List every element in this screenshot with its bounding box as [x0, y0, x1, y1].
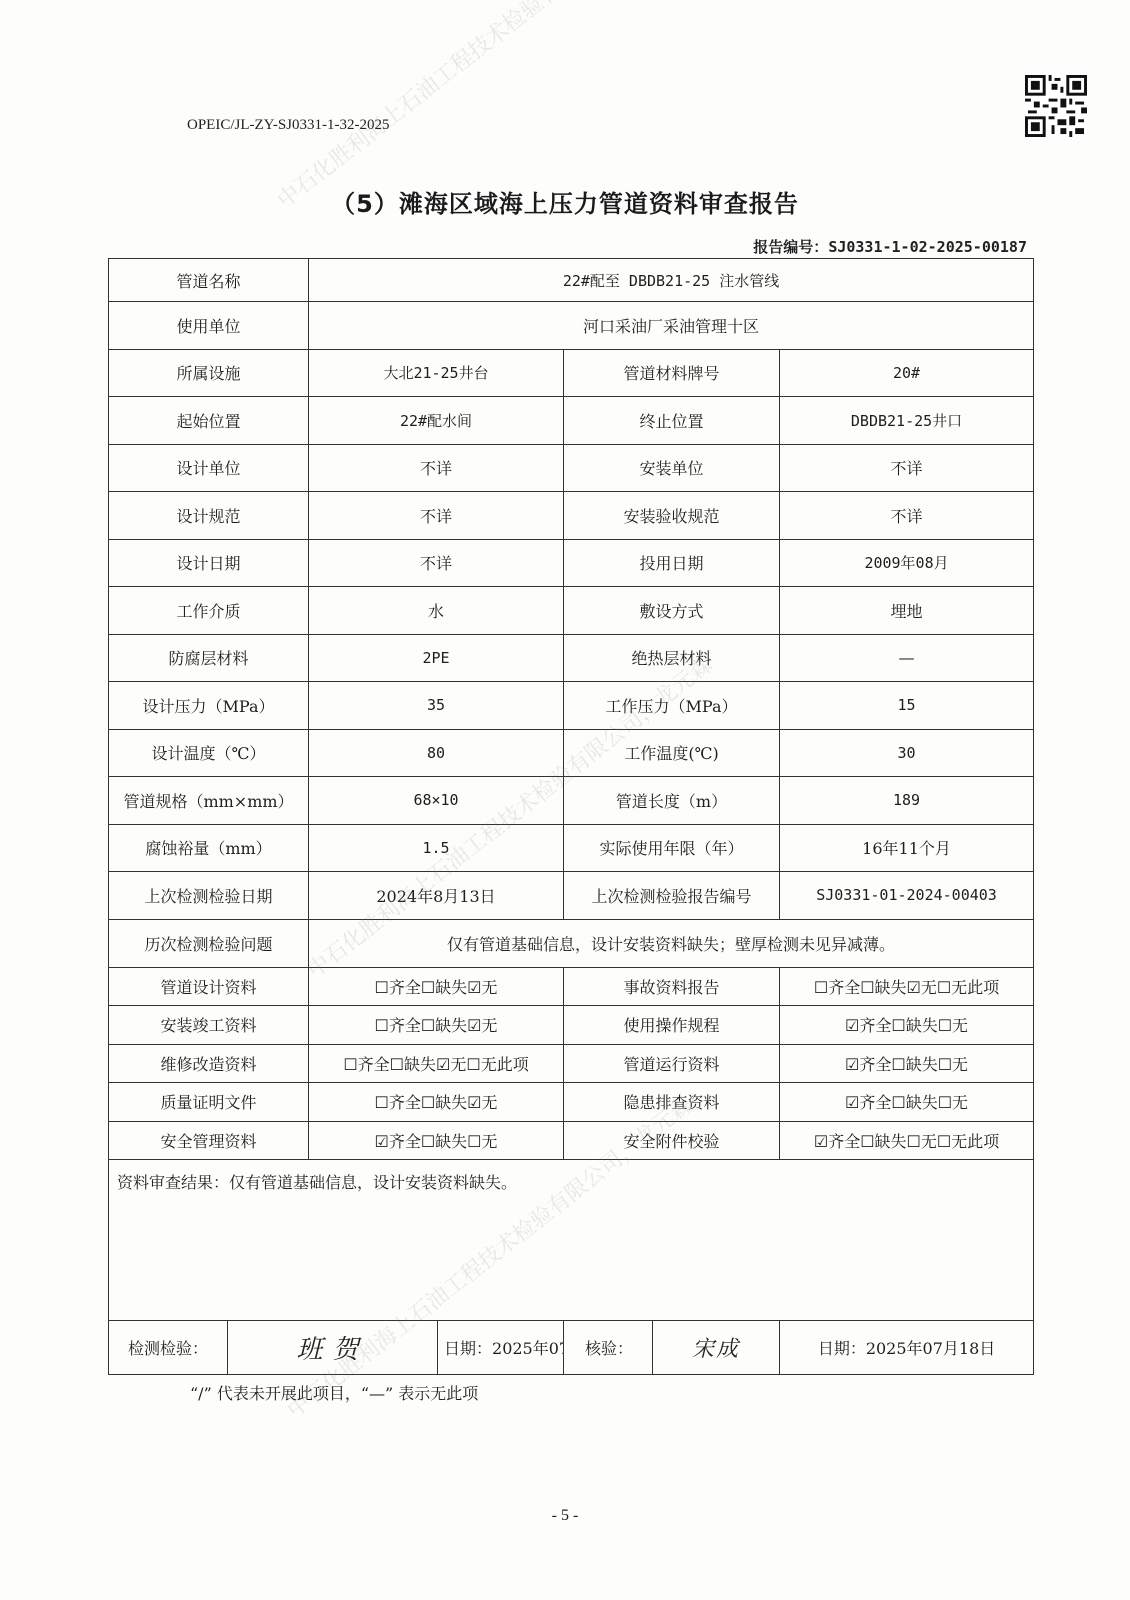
checklist-label: 管道设计资料 [109, 967, 309, 1006]
field-value: 30 [780, 729, 1034, 777]
checklist-row: 安全管理资料 ☑齐全☐缺失☐无 安全附件校验 ☑齐全☐缺失☐无☐无此项 [109, 1121, 1034, 1160]
table-row: 设计压力（MPa） 35 工作压力（MPa） 15 [109, 682, 1034, 730]
field-value: DBDB21-25井口 [780, 397, 1034, 445]
table-row: 管道名称 22#配至 DBDB21-25 注水管线 [109, 259, 1034, 302]
history-issues-value: 仅有管道基础信息，设计安装资料缺失；壁厚检测未见异减薄。 [309, 919, 1034, 967]
page-title: （5）滩海区域海上压力管道资料审查报告 [0, 184, 1130, 219]
field-value: 水 [309, 587, 564, 635]
table-row: 上次检测检验日期 2024年8月13日 上次检测检验报告编号 SJ0331-01… [109, 872, 1034, 920]
checklist-row: 安装竣工资料 ☐齐全☐缺失☑无 使用操作规程 ☑齐全☐缺失☐无 [109, 1006, 1034, 1045]
checklist-label: 维修改造资料 [109, 1044, 309, 1083]
checklist-status: ☐齐全☐缺失☑无☐无此项 [780, 967, 1034, 1006]
checklist-label: 隐患排查资料 [564, 1083, 780, 1122]
field-label: 管道材料牌号 [564, 349, 780, 397]
field-value: 16年11个月 [780, 824, 1034, 872]
table-row: 设计单位 不详 安装单位 不详 [109, 444, 1034, 492]
field-label: 腐蚀裕量（mm） [109, 824, 309, 872]
table-row: 设计规范 不详 安装验收规范 不详 [109, 492, 1034, 540]
checklist-status: ☐齐全☐缺失☑无 [309, 967, 564, 1006]
field-value: 189 [780, 777, 1034, 825]
field-label: 投用日期 [564, 539, 780, 587]
field-label: 工作介质 [109, 587, 309, 635]
table-row: 设计温度（℃） 80 工作温度(℃) 30 [109, 729, 1034, 777]
checklist-status: ☐齐全☐缺失☑无 [309, 1083, 564, 1122]
field-label: 管道长度（m） [564, 777, 780, 825]
checklist-status: ☐齐全☐缺失☑无 [309, 1006, 564, 1045]
pipeline-name-value: 22#配至 DBDB21-25 注水管线 [309, 259, 1034, 302]
checklist-label: 事故资料报告 [564, 967, 780, 1006]
checklist-label: 管道运行资料 [564, 1044, 780, 1083]
field-label: 设计日期 [109, 539, 309, 587]
field-label: 使用单位 [109, 302, 309, 350]
checklist-row: 质量证明文件 ☐齐全☐缺失☑无 隐患排查资料 ☑齐全☐缺失☐无 [109, 1083, 1034, 1122]
field-value: 不详 [309, 539, 564, 587]
table-row: 所属设施 大北21-25井台 管道材料牌号 20# [109, 349, 1034, 397]
reviewer-label: 核验： [564, 1321, 653, 1375]
checklist-status: ☑齐全☐缺失☐无 [780, 1083, 1034, 1122]
field-label: 防腐层材料 [109, 634, 309, 682]
table-row: 起始位置 22#配水间 终止位置 DBDB21-25井口 [109, 397, 1034, 445]
checklist-label: 安装竣工资料 [109, 1006, 309, 1045]
table-row: 管道规格（mm×mm） 68×10 管道长度（m） 189 [109, 777, 1034, 825]
report-number-label: 报告编号： [753, 238, 828, 256]
field-label: 设计压力（MPa） [109, 682, 309, 730]
field-label: 工作温度(℃) [564, 729, 780, 777]
checklist-label: 安全附件校验 [564, 1121, 780, 1160]
checklist-label: 使用操作规程 [564, 1006, 780, 1045]
field-value: 不详 [780, 492, 1034, 540]
field-label: 管道名称 [109, 259, 309, 302]
checklist-row: 维修改造资料 ☐齐全☐缺失☑无☐无此项 管道运行资料 ☑齐全☐缺失☐无 [109, 1044, 1034, 1083]
page-number: - 5 - [0, 1507, 1130, 1525]
field-label: 起始位置 [109, 397, 309, 445]
footnote: “/” 代表未开展此项目，“—” 表示无此项 [190, 1381, 478, 1404]
watermark: 中石化胜利海上石油工程技术检验有限公司，龙元森 [270, 0, 688, 214]
field-value: 1.5 [309, 824, 564, 872]
qr-code-icon [1025, 75, 1087, 137]
reviewer-date: 日期：2025年07月18日 [780, 1321, 1034, 1375]
field-value: 20# [780, 349, 1034, 397]
checklist-label: 质量证明文件 [109, 1083, 309, 1122]
checklist-label: 安全管理资料 [109, 1121, 309, 1160]
field-label: 安装验收规范 [564, 492, 780, 540]
field-label: 设计温度（℃） [109, 729, 309, 777]
field-value: — [780, 634, 1034, 682]
field-label: 设计规范 [109, 492, 309, 540]
inspector-label: 检测检验： [109, 1321, 228, 1375]
field-value: 68×10 [309, 777, 564, 825]
field-label: 管道规格（mm×mm） [109, 777, 309, 825]
field-label: 所属设施 [109, 349, 309, 397]
document-code: OPEIC/JL-ZY-SJ0331-1-32-2025 [187, 117, 390, 134]
field-label: 实际使用年限（年） [564, 824, 780, 872]
signature-row: 检测检验： 班贺 日期：2025年07月18日 核验： 宋成 日期：2025年0… [109, 1321, 1034, 1375]
field-label: 终止位置 [564, 397, 780, 445]
checklist-status: ☑齐全☐缺失☐无 [780, 1044, 1034, 1083]
field-value: 22#配水间 [309, 397, 564, 445]
field-value: 埋地 [780, 587, 1034, 635]
checklist-status: ☑齐全☐缺失☐无☐无此项 [780, 1121, 1034, 1160]
field-value: 不详 [309, 492, 564, 540]
table-row: 工作介质 水 敷设方式 埋地 [109, 587, 1034, 635]
field-label: 敷设方式 [564, 587, 780, 635]
inspector-signature: 班贺 [228, 1321, 438, 1375]
table-row: 腐蚀裕量（mm） 1.5 实际使用年限（年） 16年11个月 [109, 824, 1034, 872]
field-label: 上次检测检验报告编号 [564, 872, 780, 920]
result-row: 资料审查结果：仅有管道基础信息，设计安装资料缺失。 [109, 1160, 1034, 1321]
field-value: SJ0331-01-2024-00403 [780, 872, 1034, 920]
field-label: 安装单位 [564, 444, 780, 492]
field-value: 2PE [309, 634, 564, 682]
table-row: 使用单位 河口采油厂采油管理十区 [109, 302, 1034, 350]
field-label: 上次检测检验日期 [109, 872, 309, 920]
field-label: 设计单位 [109, 444, 309, 492]
field-value: 2009年08月 [780, 539, 1034, 587]
checklist-status: ☑齐全☐缺失☐无 [780, 1006, 1034, 1045]
table-row: 设计日期 不详 投用日期 2009年08月 [109, 539, 1034, 587]
checklist-row: 管道设计资料 ☐齐全☐缺失☑无 事故资料报告 ☐齐全☐缺失☑无☐无此项 [109, 967, 1034, 1006]
field-value: 80 [309, 729, 564, 777]
checklist-status: ☑齐全☐缺失☐无 [309, 1121, 564, 1160]
field-value: 不详 [309, 444, 564, 492]
field-label: 工作压力（MPa） [564, 682, 780, 730]
field-value: 35 [309, 682, 564, 730]
user-unit-value: 河口采油厂采油管理十区 [309, 302, 1034, 350]
field-value: 不详 [780, 444, 1034, 492]
field-label: 绝热层材料 [564, 634, 780, 682]
table-row: 历次检测检验问题 仅有管道基础信息，设计安装资料缺失；壁厚检测未见异减薄。 [109, 919, 1034, 967]
field-value: 大北21-25井台 [309, 349, 564, 397]
review-table: 管道名称 22#配至 DBDB21-25 注水管线 使用单位 河口采油厂采油管理… [108, 258, 1034, 1375]
report-number-value: SJ0331-1-02-2025-00187 [828, 238, 1027, 256]
table-row: 防腐层材料 2PE 绝热层材料 — [109, 634, 1034, 682]
field-label: 历次检测检验问题 [109, 919, 309, 967]
reviewer-signature: 宋成 [653, 1321, 780, 1375]
checklist-status: ☐齐全☐缺失☑无☐无此项 [309, 1044, 564, 1083]
report-number: 报告编号：SJ0331-1-02-2025-00187 [753, 236, 1027, 257]
field-value: 15 [780, 682, 1034, 730]
review-result: 资料审查结果：仅有管道基础信息，设计安装资料缺失。 [109, 1160, 1034, 1321]
inspector-date: 日期：2025年07月18日 [438, 1321, 564, 1375]
field-value: 2024年8月13日 [309, 872, 564, 920]
